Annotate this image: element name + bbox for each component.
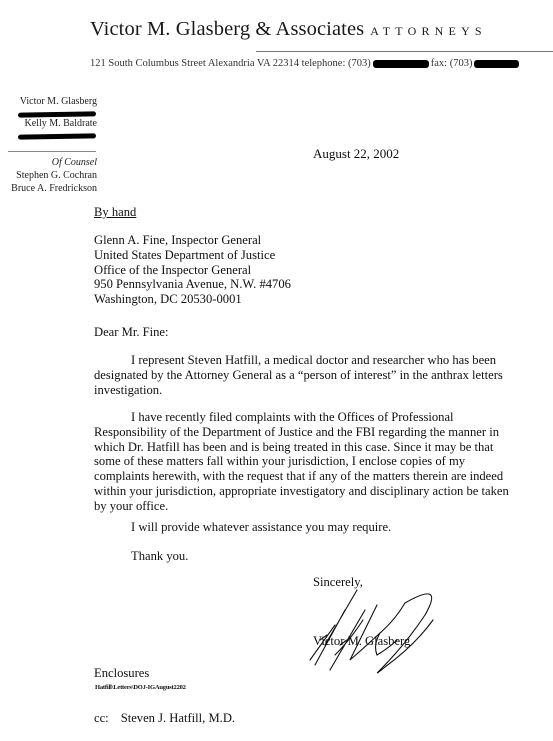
paragraph-line: I represent Steven Hatfill, a medical do… (94, 353, 503, 368)
paragraph-line: some of these matters fall within your j… (94, 454, 509, 469)
paragraph-line: Responsibility of the Department of Just… (94, 425, 509, 440)
paragraph-3: I will provide whatever assistance you m… (131, 520, 391, 535)
recipient-address: Glenn A. Fine, Inspector General United … (94, 233, 291, 307)
paragraph-line: which Dr. Hatfill has been and is being … (94, 440, 509, 455)
recipient-line: United States Department of Justice (94, 248, 291, 263)
letterhead-rule (256, 51, 553, 52)
enclosures-label: Enclosures (94, 666, 149, 681)
paragraph-line: by your office. (94, 499, 509, 514)
fax-label: fax: (703) (431, 58, 473, 69)
firm-tagline: ATTORNEYS (370, 24, 487, 38)
paragraph-1: I represent Steven Hatfill, a medical do… (94, 353, 503, 397)
redaction-bar (18, 111, 96, 117)
file-reference: Hatfill\Letters\DOJ-IGAugust2202 (95, 684, 186, 691)
of-counsel-name: Bruce A. Fredrickson (11, 183, 97, 194)
cc-name: Steven J. Hatfill, M.D. (121, 711, 235, 725)
paragraph-line: investigation. (94, 383, 503, 398)
paragraph-line: complaints herewith, with the request th… (94, 469, 509, 484)
firm-name-text: Victor M. Glasberg & Associates (90, 18, 364, 40)
attorney-name: Kelly M. Baldrate (25, 118, 97, 129)
signature-scribble (305, 585, 455, 680)
recipient-line: Washington, DC 20530-0001 (94, 292, 291, 307)
paragraph-2: I have recently filed complaints with th… (94, 410, 509, 514)
delivery-method: By hand (94, 205, 136, 220)
sidebar-rule (8, 151, 96, 152)
salutation: Dear Mr. Fine: (94, 325, 169, 340)
firm-name: Victor M. Glasberg & AssociatesATTORNEYS (90, 18, 487, 41)
paragraph-4: Thank you. (131, 549, 188, 564)
redaction-fax (474, 60, 519, 68)
paragraph-line: I have recently filed complaints with th… (94, 410, 509, 425)
firm-address: 121 South Columbus Street Alexandria VA … (90, 58, 519, 69)
cc-line: cc:Steven J. Hatfill, M.D. (94, 711, 235, 726)
redaction-phone (373, 60, 429, 68)
letter-date: August 22, 2002 (313, 146, 399, 162)
paragraph-line: within your jurisdiction, appropriate in… (94, 484, 509, 499)
redaction-bar (18, 133, 96, 139)
cc-label: cc: (94, 711, 109, 725)
recipient-line: Glenn A. Fine, Inspector General (94, 233, 291, 248)
recipient-line: Office of the Inspector General (94, 263, 291, 278)
of-counsel-name: Stephen G. Cochran (16, 170, 97, 181)
recipient-line: 950 Pennsylvania Avenue, N.W. #4706 (94, 277, 291, 292)
signatory-name: Victor M. Glasberg (313, 634, 410, 649)
address-text: 121 South Columbus Street Alexandria VA … (90, 58, 371, 69)
of-counsel-label: Of Counsel (52, 157, 97, 168)
paragraph-line: designated by the Attorney General as a … (94, 368, 503, 383)
attorney-name: Victor M. Glasberg (20, 96, 97, 107)
